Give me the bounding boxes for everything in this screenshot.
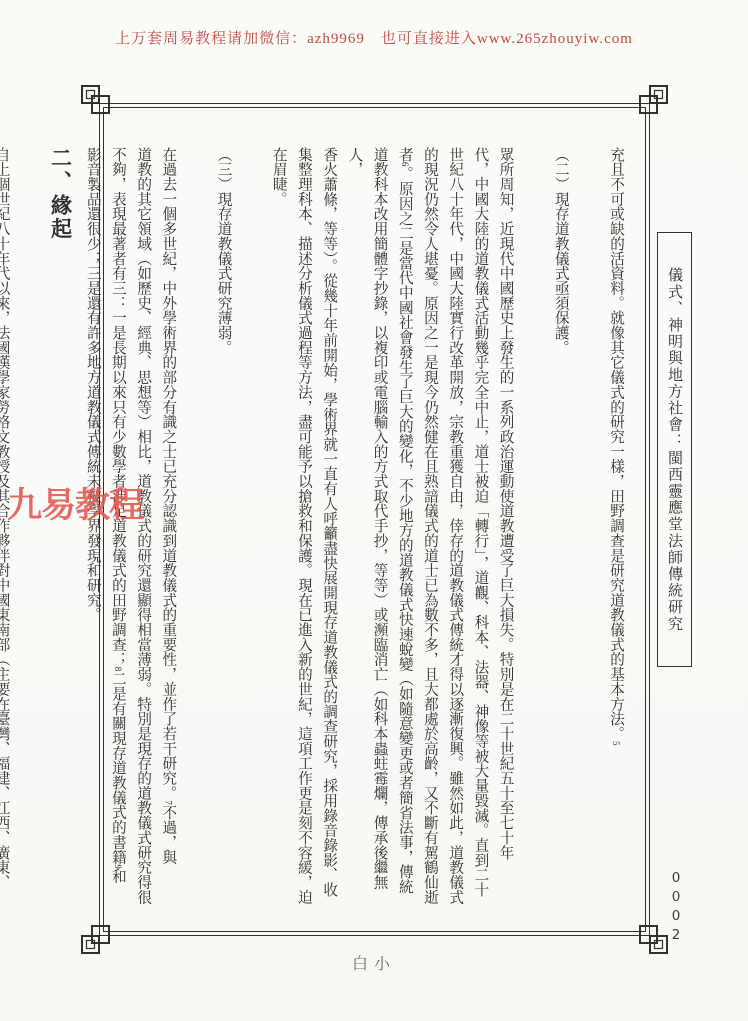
main-text-area: 充且不可或缺的活資料。就像其它儀式的研究一樣，田野調查是研究道教儀式的基本方法。… (0, 147, 628, 909)
corner-knot-ornament (626, 83, 670, 127)
text-column: 者6。原因之二是當代中國社會發生了巨大的變化，不少地方的道教儀式快速蛻變（如隨意… (392, 147, 417, 909)
text-column: 充且不可或缺的活資料。就像其它儀式的研究一樣，田野調查是研究道教儀式的基本方法。… (603, 147, 628, 909)
section-heading: 二、緣起 (44, 147, 80, 909)
text-run: 充且不可或缺的活資料。就像其它儀式的研究一樣，田野調查是研究道教儀式的基本方法。 (608, 147, 624, 741)
corner-knot-ornament (79, 912, 123, 956)
footnote-marker: 5 (611, 741, 621, 746)
text-run: （三）現存道教儀式研究薄弱。 (216, 147, 232, 355)
corner-knot-ornament (79, 83, 123, 127)
text-run: 眾所周知，近現代中國歷史上發生的一系列政治運動使道教遭受了巨大損失。特別是在二十… (498, 147, 514, 860)
text-column: 集整理科本、描述分析儀式過程等方法，盡可能予以搶救和保護。現在已進入新的世紀，這… (291, 147, 316, 909)
watermark-text: 九易教程 (7, 486, 143, 526)
text-column: 的現況仍然令人堪憂。原因之一是現今仍然健在且熟諳儀式的道士已為數不多，且大都處於… (417, 147, 442, 909)
text-run: 二、緣起 (49, 147, 73, 241)
text-run: 不夠，表現最著者有三：一是長期以來只有少數學者涉足道教儀式的田野調查； (110, 147, 126, 667)
text-column: 代，中國大陸的道教儀式活動幾乎完全中止，道士被迫「轉行」，道觀、科本、法器、神像… (467, 147, 492, 909)
book-title-box: 儀式、神明與地方社會：閩西靈應堂法師傳統研究 (657, 232, 692, 667)
text-column: 不夠，表現最著者有三：一是長期以來只有少數學者涉足道教儀式的田野調查；8二是有關… (105, 147, 130, 909)
text-column: 眾所周知，近現代中國歷史上發生的一系列政治運動使道教遭受了巨大損失。特別是在二十… (492, 147, 547, 909)
text-run: 二是有關現存道教儀式的書籍 (110, 671, 126, 864)
text-run: 不過，與 (160, 805, 176, 864)
text-column: （三）現存道教儀式研究薄弱。 (210, 147, 265, 909)
text-run: 和 (110, 869, 126, 884)
text-column: 自上個世紀八十年代以來，法國漢學家勞格文教授及其合作夥伴對中國東南部（主要在臺灣… (0, 147, 44, 909)
text-column: （二）現存道教儀式亟須保護。 (548, 147, 603, 909)
text-run: 者 (397, 147, 413, 162)
text-column: 道教的其它領域（如歷史、經典、思想等）相比，道教儀式的研究還顯得相當薄弱。特別是… (130, 147, 155, 909)
text-column: 在眉睫。 (266, 147, 291, 909)
text-run: 世紀八十年代，中國大陸實行改革開放，宗教重獲自由，倖存的道教儀式傳統才得以逐漸復… (447, 147, 463, 904)
text-run: 在過去一個多世紀，中外學術界的部分有識之士已充分認識到道教儀式的重要性，並作了若… (160, 147, 176, 800)
book-title: 儀式、神明與地方社會：閩西靈應堂法師傳統研究 (664, 267, 685, 632)
text-column: 影音製品還很少；三是還有許多地方道教儀式傳統未被學界發現和研究。 (80, 147, 105, 909)
text-column: 香火蕭條，等等）。從幾十年前開始，學術界就一直有人呼籲盡快展開現存道教儀式的調查… (316, 147, 341, 909)
text-column: 世紀八十年代，中國大陸實行改革開放，宗教重獲自由，倖存的道教儀式傳統才得以逐漸復… (442, 147, 467, 909)
text-run: 。原因之二是當代中國社會發生了巨大的變化，不少地方的道教儀式快速蛻變（如隨意變更… (397, 166, 413, 894)
text-run: 道教科本改用簡體字抄錄，以複印或電腦輸入的方式取代手抄，等等）或瀕臨消亡（如科本… (346, 147, 387, 890)
text-run: 代，中國大陸的道教儀式活動幾乎完全中止，道士被迫「轉行」，道觀、科本、法器、神像… (472, 147, 488, 897)
page-border-frame: 充且不可或缺的活資料。就像其它儀式的研究一樣，田野調查是研究道教儀式的基本方法。… (99, 103, 650, 936)
text-column: 在過去一個多世紀，中外學術界的部分有識之士已充分認識到道教儀式的重要性，並作了若… (155, 147, 210, 909)
text-run: 集整理科本、描述分析儀式過程等方法，盡可能予以搶救和保護。現在已進入新的世紀，這… (296, 147, 312, 904)
text-run: 的現況仍然令人堪憂。原因之一是現今仍然健在且熟諳儀式的道士已為數不多，且大都處於… (422, 147, 438, 904)
text-run: 影音製品還很少；三是還有許多地方道教儀式傳統未被學界發現和研究。 (85, 147, 101, 622)
text-run: 香火蕭條，等等）。從幾十年前開始，學術界就一直有人呼籲盡快展開現存道教儀式的調查… (321, 147, 337, 897)
page-number: 0002 (668, 870, 684, 946)
text-run: 在眉睫。 (271, 147, 287, 206)
header-ad-text: 上万套周易教程请加微信：azh9969 也可直接进入www.265zhouyiw… (0, 27, 748, 48)
footer-label: 白小 (0, 951, 748, 974)
text-column: 道教科本改用簡體字抄錄，以複印或電腦輸入的方式取代手抄，等等）或瀕臨消亡（如科本… (341, 147, 391, 909)
text-run: （二）現存道教儀式亟須保護。 (553, 147, 569, 355)
corner-knot-ornament (626, 912, 670, 956)
